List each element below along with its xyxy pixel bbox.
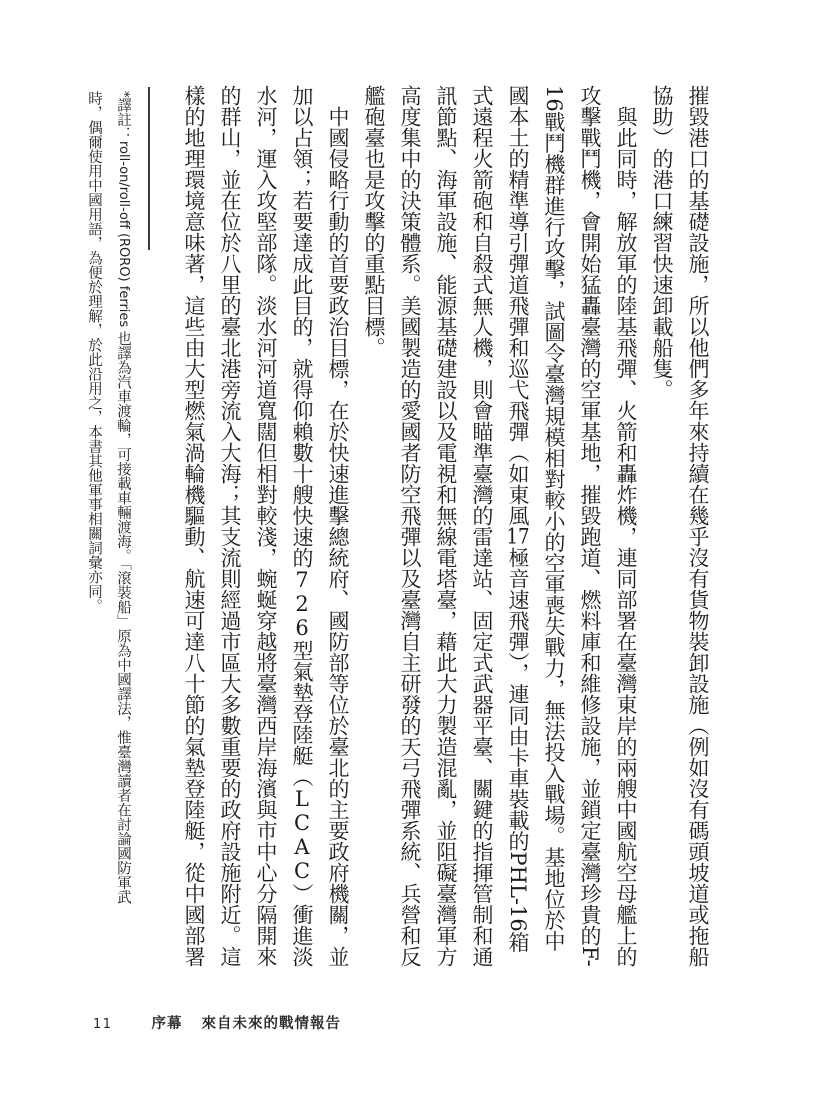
running-title: 來自未來的戰情報告 xyxy=(202,1012,342,1033)
main-text: 摧毀港口的基礎設施，所以他們多年來持續在幾乎沒有貨物裝卸設施（例如沒有碼頭坡道或… xyxy=(174,85,716,971)
page-footer: 11 序幕 來自未來的戰情報告 xyxy=(93,1012,341,1033)
text-segment: 型氣墊登陸艇（ xyxy=(290,640,314,787)
chapter-label: 序幕 xyxy=(152,1012,183,1033)
dongfeng-17-number: 17 xyxy=(506,526,530,547)
footnote-divider xyxy=(148,87,150,250)
footnote-label: 譯註： xyxy=(115,98,131,142)
lcac-726-number: 726 xyxy=(290,568,314,640)
footnote-paragraph: *譯註：roll-on/roll-off (RORO) ferries 也譯為汽… xyxy=(79,91,138,923)
text-segment: 箱式遠程火箭砲和自殺式無人機，則會瞄準臺灣的雷達站、固定式武器平臺、關鍵的指揮管… xyxy=(362,85,530,967)
text-segment: 極音速飛彈），連同由卡車裝載的 xyxy=(506,547,530,852)
phl16-designation: PHL-16 xyxy=(506,852,530,932)
book-page: 摧毀港口的基礎設施，所以他們多年來持續在幾乎沒有貨物裝卸設施（例如沒有碼頭坡道或… xyxy=(0,0,813,1100)
paragraph-2: 與此同時，解放軍的陸基飛彈、火箭和轟炸機，連同部署在臺灣東岸的兩艘中國航空母艦上… xyxy=(356,85,644,971)
text-segment: 與此同時，解放軍的陸基飛彈、火箭和轟炸機，連同部署在臺灣東岸的兩艘中國航空母艦上… xyxy=(578,85,638,967)
text-segment: 摧毀港口的基礎設施，所以他們多年來持續在幾乎沒有貨物裝卸設施（例如沒有碼頭坡道或… xyxy=(650,85,710,967)
translator-footnote: *譯註：roll-on/roll-off (RORO) ferries 也譯為汽… xyxy=(79,91,138,923)
paragraph-3: 中國侵略行動的首要政治目標，在於快速進擊總統府、國防部等位於臺北的主要政府機關，… xyxy=(176,85,356,971)
lcac-abbreviation: LCAC xyxy=(290,787,314,883)
paragraph-1: 摧毀港口的基礎設施，所以他們多年來持續在幾乎沒有貨物裝卸設施（例如沒有碼頭坡道或… xyxy=(644,85,716,971)
footnote-latin-term: roll-on/roll-off (RORO) ferries xyxy=(116,141,131,331)
page-number: 11 xyxy=(93,1017,113,1032)
